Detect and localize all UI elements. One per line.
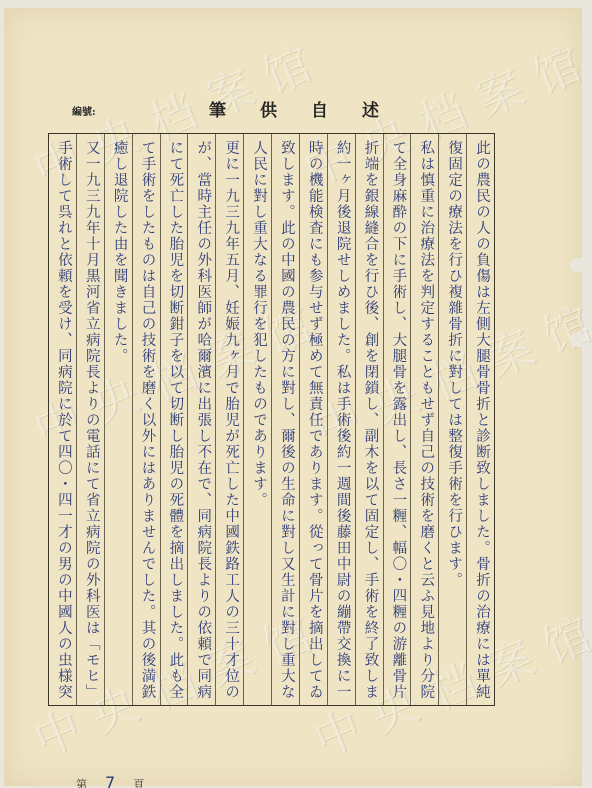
text-column: 時の機能検査にも参与せず極めて無責任であります。從って骨片を摘出してゐる点より考…: [299, 134, 327, 705]
text-column: 手術して呉れと依頼を受け、同病院に於て四〇・四一才の男の中國人の虫様突起炎の手術…: [49, 134, 76, 705]
text-column: 又一九三九年十月黒河省立病院長よりの電話にて省立病院の外科医は「モヒ」中毒で手術…: [76, 134, 104, 705]
page-number-value: 7: [105, 773, 115, 788]
text-column: にて死亡した胎児を切断鉗子を以て切断し胎児の死體を摘出しました。此も全く此の種の…: [160, 134, 188, 705]
text-column: 癒し退院した由を聞きました。: [104, 134, 132, 705]
page-number: 第7頁: [76, 773, 144, 788]
document-page: 中央档案馆 中央档案馆 中央档案馆 中央档案馆 中央档案馆 中央档案馆 編號: …: [4, 8, 582, 786]
text-column: 致します。此の中國の農民の方に對し、爾後の生命に對し又生計に對し重大なる障碍を與…: [271, 134, 299, 705]
text-column: 此の農民の人の負傷は左側大腿骨骨折と診断致しました。骨折の治療には單純骨折の場合…: [466, 134, 494, 705]
text-column: 更に一九三九年五月、妊娠九ヶ月で胎児が死亡した中國鉄路工人の三十才位の夫人が満鉄…: [215, 134, 243, 705]
text-column: 人民に對し重大なる罪行を犯したものであります。: [243, 134, 271, 705]
text-column: 復固定の療法を行ひ複雜骨折に對しては整復手術を行ひます。: [438, 134, 466, 705]
serial-number-label: 編號:: [72, 103, 96, 118]
text-column: が、當時主任の外科医師が哈爾濱に出張し不在で、同病院長よりの依頼で同病院に於て産…: [187, 134, 215, 705]
text-column: 折端を銀線縫合を行ひ後、創を閉鎖し、副木を以て固定し、手術を終了致しました。其の…: [355, 134, 383, 705]
binder-hole: [570, 333, 582, 347]
text-column: て全身麻酔の下に手術し、大腿骨を露出し、長さ一糎、幅〇・四糎の游離骨片を摘出し、…: [383, 134, 411, 705]
text-column: 私は慎重に治療法を判定することもせず自己の技術を磨くと云ふ見地より分院專任の藤田…: [410, 134, 438, 705]
page-prefix: 第: [76, 778, 87, 788]
text-column: 約一ヶ月後退院せしめました。私は手術後約一週間後藤田中尉の繃帶交換に一回立會した…: [327, 134, 355, 705]
text-column: て手術をしたものは自己の技術を磨く以外にはありませんでした。其の後満鉄病院長より…: [132, 134, 160, 705]
page-suffix: 頁: [133, 778, 144, 788]
binder-hole: [570, 258, 582, 272]
manuscript-grid: 此の農民の人の負傷は左側大腿骨骨折と診断致しました。骨折の治療には單純骨折の場合…: [48, 133, 495, 706]
page-title: 筆供自述: [209, 96, 413, 121]
